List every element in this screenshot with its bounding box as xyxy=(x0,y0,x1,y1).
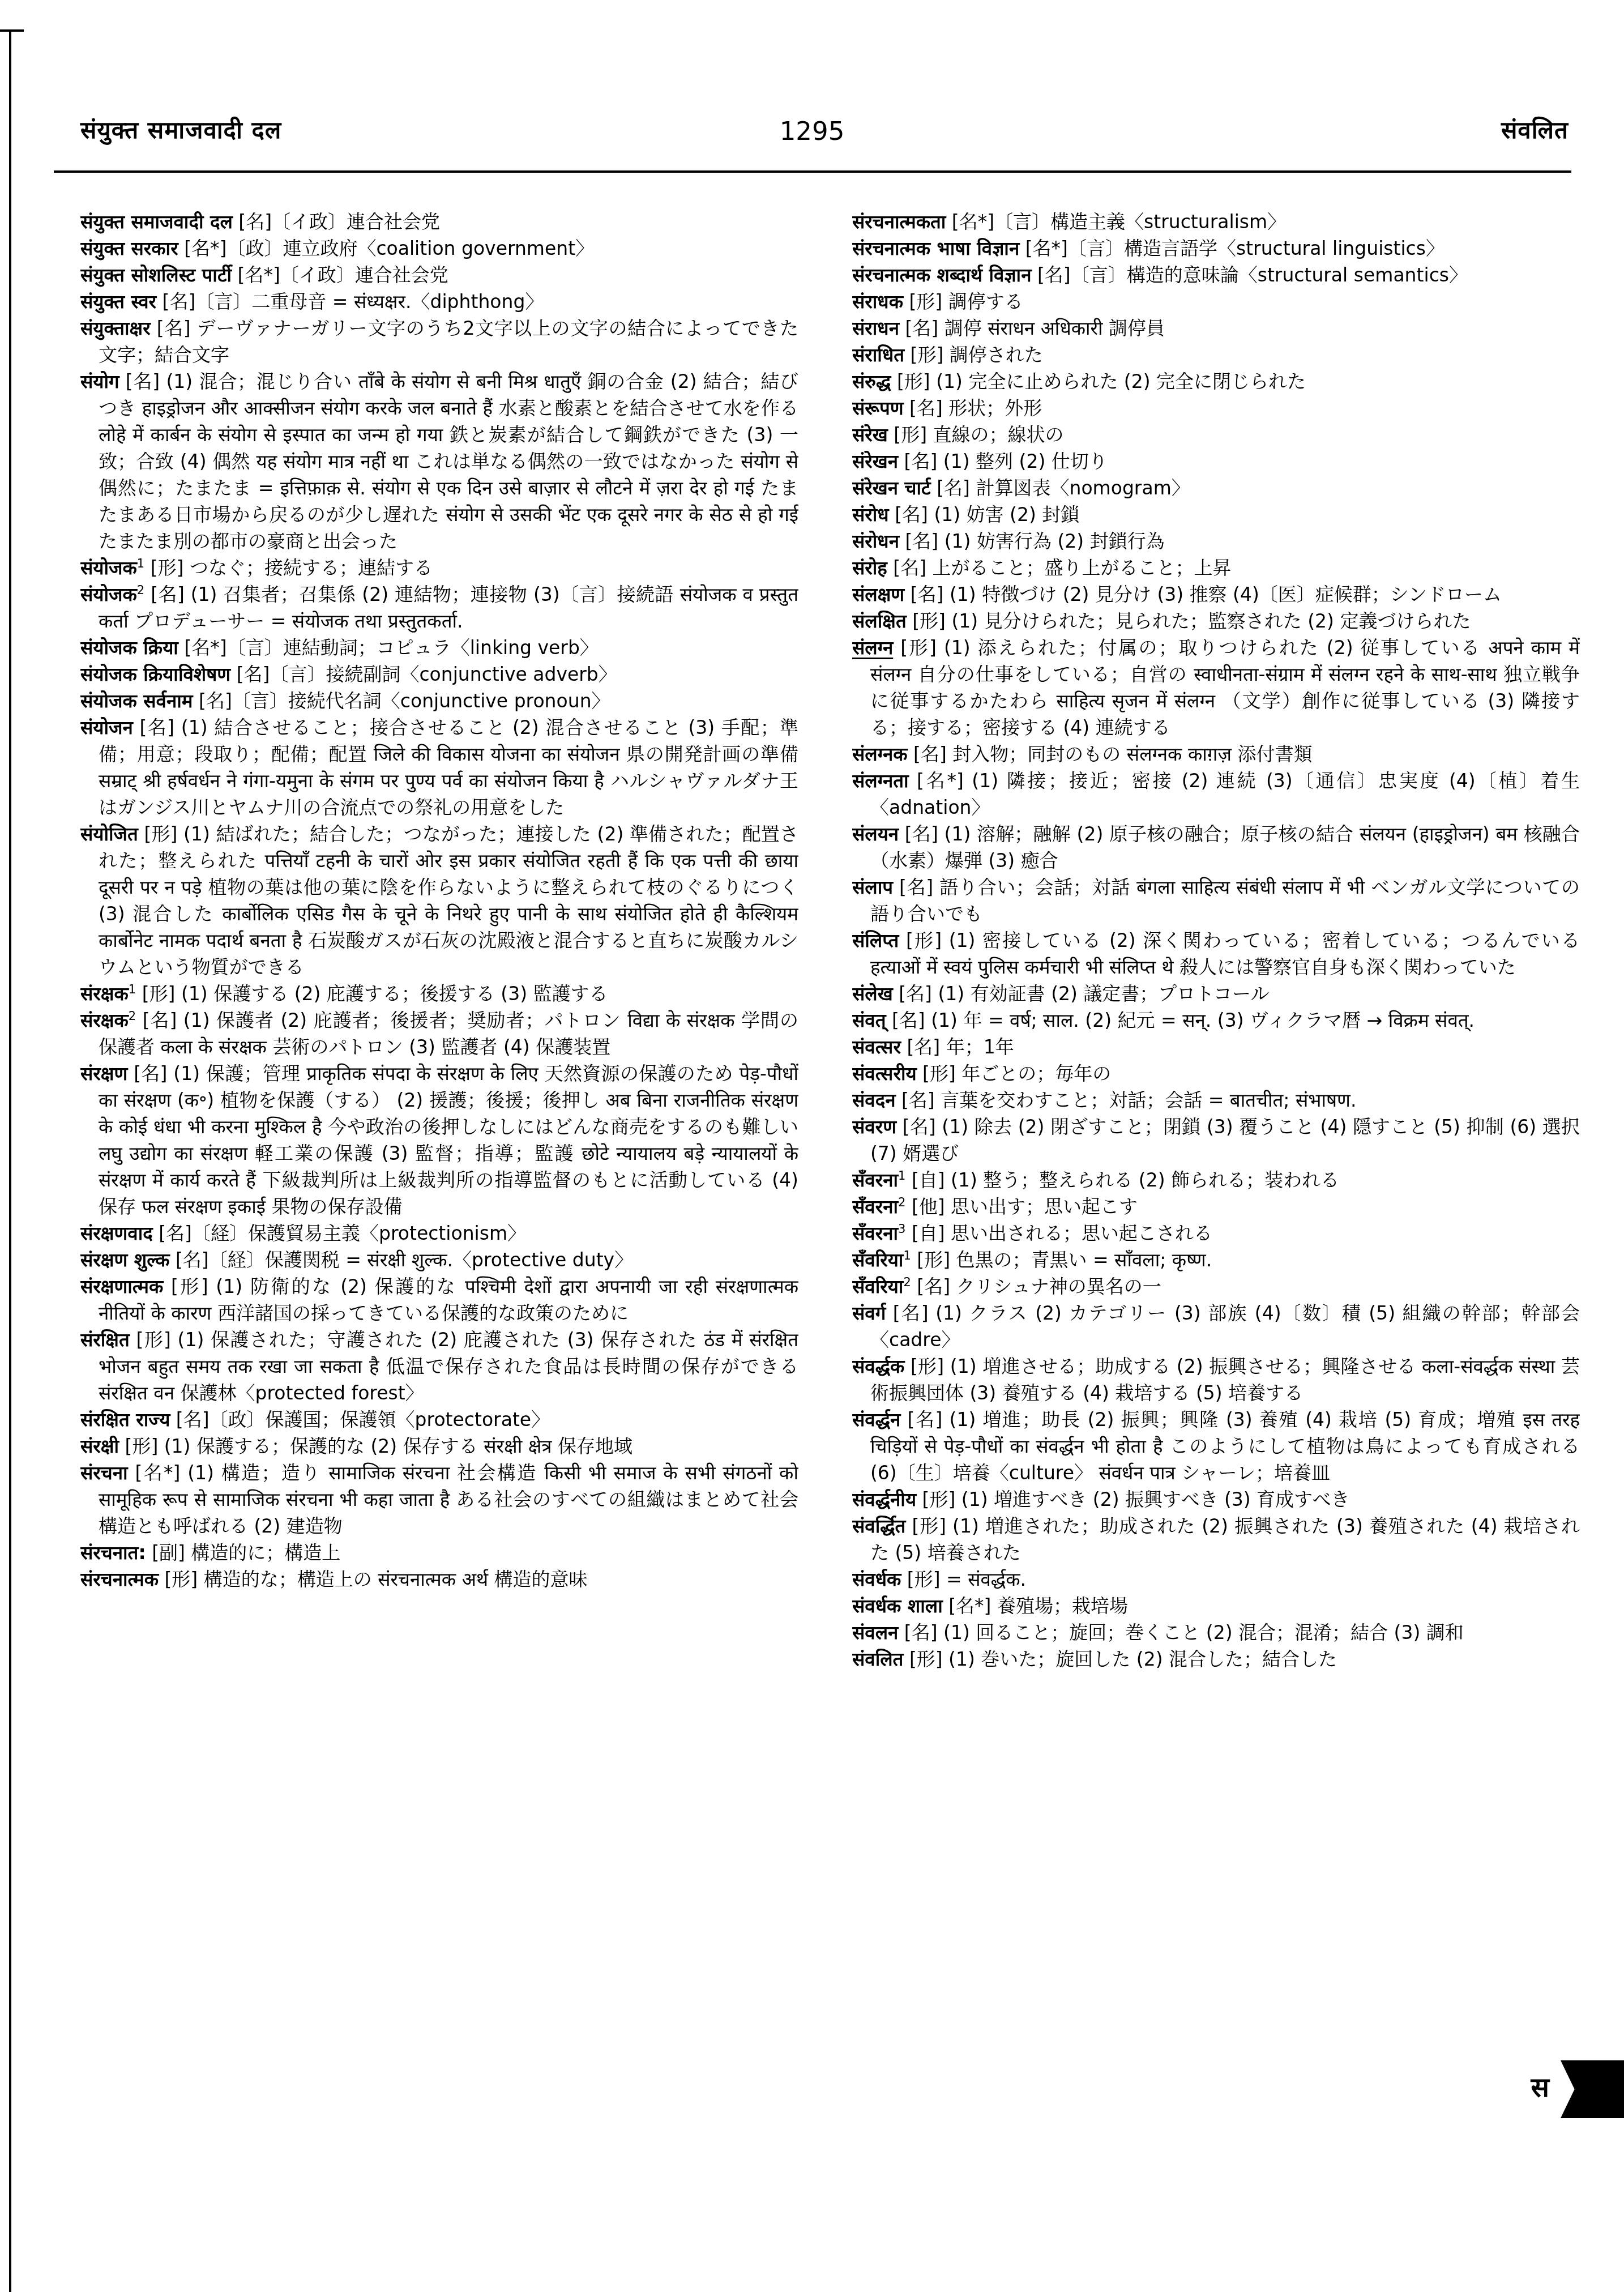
entry-body: [名] (1) 年 = वर्ष; साल. (2) 紀元 = सन्. (3)… xyxy=(886,1009,1475,1031)
dictionary-entry: संरेखन चार्ट [名] 計算図表〈nomogram〉 xyxy=(852,475,1580,501)
dictionary-entry: संवर्द्धित [形] (1) 増進された；助成された (2) 振興された… xyxy=(852,1513,1580,1566)
headword: संवदन xyxy=(852,1089,896,1111)
entry-body: [名]〔言〕接続代名詞〈conjunctive pronoun〉 xyxy=(193,690,610,712)
headword: संरूपण xyxy=(852,397,904,419)
entry-body: [形] (1) 増進すべき (2) 振興すべき (3) 育成すべき xyxy=(916,1488,1349,1510)
entry-body: [形] (1) 保護する (2) 庇護する；後援する (3) 監護する xyxy=(136,983,608,1005)
guideword-right: संवलित xyxy=(1501,113,1569,146)
dictionary-entry: संयोजन [名] (1) 結合させること；接合させること (2) 混合させる… xyxy=(80,714,798,821)
dictionary-entry: संरोह [名] 上がること；盛り上がること；上昇 xyxy=(852,554,1580,581)
entry-body: [形] (1) 巻いた；旋回した (2) 混合した；結合した xyxy=(903,1648,1337,1670)
headword: संराधक xyxy=(852,291,903,313)
entry-body: [名]〔言〕構造的意味論〈structural semantics〉 xyxy=(1031,264,1468,286)
entry-body: [形] (1) 見分けられた；見られた；監察された (2) 定義づけられた xyxy=(907,610,1471,632)
dictionary-entry: संयुक्त सोशलिस्ट पार्टी [名*]〔イ政〕連合社会党 xyxy=(80,262,798,288)
dictionary-entry: संरुद्ध [形] (1) 完全に止められた (2) 完全に閉じられた xyxy=(852,368,1580,395)
entry-body: [名*] 養殖場；栽培場 xyxy=(943,1595,1128,1617)
dictionary-entry: संरक्षणात्मक [形] (1) 防衛的な (2) 保護的な पश्चि… xyxy=(80,1273,798,1326)
dictionary-entry: संवर्द्धक [形] (1) 増進させる；助成する (2) 振興させる；興… xyxy=(852,1353,1580,1406)
dictionary-entry: संरचना [名*] (1) 構造；造り सामाजिक संरचना 社会構… xyxy=(80,1459,798,1539)
dictionary-entry: सँवरना1 [自] (1) 整う；整えられる (2) 飾られる；装われる xyxy=(852,1167,1580,1193)
dictionary-entry: संवरण [名] (1) 除去 (2) 閉ざすこと；閉鎖 (3) 覆うこと (… xyxy=(852,1113,1580,1167)
headword: संवर्ग xyxy=(852,1302,886,1324)
headword: संरक्षित राज्य xyxy=(80,1409,170,1431)
left-column: संयुक्त समाजवादी दल [名]〔イ政〕連合社会党संयुक्त … xyxy=(80,208,798,2216)
headword: संरचनात्मक xyxy=(80,1568,159,1590)
entry-body: [名] 計算図表〈nomogram〉 xyxy=(931,477,1190,499)
dictionary-entry: संरक्षक1 [形] (1) 保護する (2) 庇護する；後援する (3) … xyxy=(80,980,798,1007)
dictionary-entry: संलग्न [形] (1) 添えられた；付属の；取りつけられた (2) 従事し… xyxy=(852,634,1580,741)
headword: संरेख xyxy=(852,424,888,446)
dictionary-entry: सँवरना2 [他] 思い出す；思い起こす xyxy=(852,1193,1580,1220)
entry-body: [名] (1) クラス (2) カテゴリー (3) 部族 (4)〔数〕積 (5)… xyxy=(870,1302,1580,1351)
headword: संरक्षणात्मक xyxy=(80,1275,163,1297)
entry-body: [名] クリシュナ神の異名の一 xyxy=(911,1275,1161,1297)
entry-body: [名] (1) 保護者 (2) 庇護者；後援者；奨励者；パトロン विद्या … xyxy=(99,1009,798,1058)
dictionary-entry: संवर्ग [名] (1) クラス (2) カテゴリー (3) 部族 (4)〔… xyxy=(852,1300,1580,1353)
headword: संलक्षित xyxy=(852,610,907,632)
entry-body: [名*]〔政〕連立政府〈coalition government〉 xyxy=(178,237,595,259)
page-number: 1295 xyxy=(0,116,1624,146)
headword: संलग्नक xyxy=(852,743,908,765)
entry-body: [形] (1) 保護する；保護的な (2) 保存する संरक्षी क्षेत… xyxy=(119,1435,632,1457)
headword: संयोजन xyxy=(80,716,133,739)
entry-body: [形] (1) 増進された；助成された (2) 振興された (3) 養殖された … xyxy=(870,1515,1580,1564)
entry-body: [形] 年ごとの；毎年の xyxy=(917,1062,1112,1085)
headword: संरक्षक xyxy=(80,983,129,1005)
headword: संयुक्त सोशलिस्ट पार्टी xyxy=(80,264,232,286)
headword: संरक्षणवाद xyxy=(80,1222,153,1244)
entry-body: [名] (1) 溶解；融解 (2) 原子核の融合；原子核の結合 संलयन (ह… xyxy=(870,823,1580,872)
headword: संयोजक xyxy=(80,557,137,579)
headword: संयुक्त सरकार xyxy=(80,237,178,259)
headword: सँवरिया xyxy=(852,1275,903,1297)
headword: संलेख xyxy=(852,983,893,1005)
dictionary-entry: संवलन [名] (1) 回ること；旋回；巻くこと (2) 混合；混淆；結合 … xyxy=(852,1619,1580,1646)
homonym-number: 2 xyxy=(129,1009,136,1023)
headword: संरुद्ध xyxy=(852,370,891,392)
homonym-number: 3 xyxy=(898,1222,905,1236)
entry-body: [名] (1) 整列 (2) 仕切り xyxy=(898,450,1108,472)
headword: संरक्षक xyxy=(80,1009,129,1031)
dictionary-entry: संरचनात: [副] 構造的に；構造上 xyxy=(80,1539,798,1566)
entry-body: [形] 構造的な；構造上の संरचनात्मक अर्थ 構造的意味 xyxy=(159,1568,587,1590)
homonym-number: 2 xyxy=(903,1275,911,1289)
entry-body: [形] (1) 密接している (2) 深く関わっている；密着している；つるんでい… xyxy=(870,929,1580,978)
headword: संयुक्त समाजवादी दल xyxy=(80,211,233,233)
headword: संवर्द्धनीय xyxy=(852,1488,916,1510)
headword: संरक्षित xyxy=(80,1329,130,1351)
headword: संलक्षण xyxy=(852,583,904,605)
scan-edge-line xyxy=(9,29,11,2292)
entry-body: [形] 色黒の；青黒い = साँवला; कृष्ण. xyxy=(911,1249,1212,1271)
dictionary-entry: संरक्षी [形] (1) 保護する；保護的な (2) 保存する संरक्… xyxy=(80,1433,798,1459)
entry-body: [形] (1) 完全に止められた (2) 完全に閉じられた xyxy=(891,370,1306,392)
entry-body: [形] 調停する xyxy=(903,291,1023,313)
dictionary-entry: संवर्द्धनीय [形] (1) 増進すべき (2) 振興すべき (3) … xyxy=(852,1486,1580,1513)
entry-body: [形] つなぐ；接続する；連結する xyxy=(144,557,433,579)
dictionary-entry: संरचनात्मक शब्दार्थ विज्ञान [名]〔言〕構造的意味論… xyxy=(852,262,1580,288)
entry-body: [名*]〔言〕構造言語学〈structural linguistics〉 xyxy=(1019,237,1444,259)
entry-body: [名] 形状；外形 xyxy=(904,397,1042,419)
homonym-number: 2 xyxy=(137,583,144,597)
headword: संरचनात: xyxy=(80,1542,146,1564)
entry-body: [名] (1) 特徴づけ (2) 見分け (3) 推察 (4)〔医〕症候群；シン… xyxy=(904,583,1502,605)
entry-body: [形] 調停された xyxy=(904,344,1043,366)
dictionary-entry: संवलित [形] (1) 巻いた；旋回した (2) 混合した；結合した xyxy=(852,1646,1580,1672)
entry-body: [名] (1) 混合；混じり合い ताँबे के संयोग से बनी म… xyxy=(99,370,798,552)
headword: संवर्द्धन xyxy=(852,1409,900,1431)
entry-body: [名] (1) 召集者；召集係 (2) 連結物；連接物 (3)〔言〕接続語 सं… xyxy=(99,583,798,632)
header-rule xyxy=(54,170,1571,173)
entry-body: [名] (1) 回ること；旋回；巻くこと (2) 混合；混淆；結合 (3) 調和 xyxy=(898,1621,1463,1644)
headword: संरचनात्मक शब्दार्थ विज्ञान xyxy=(852,264,1031,286)
entry-body: [副] 構造的に；構造上 xyxy=(146,1542,341,1564)
headword: संलयन xyxy=(852,823,899,845)
dictionary-entry: संलाप [名] 語り合い；会話；対話 बंगला साहित्य संबंध… xyxy=(852,874,1580,927)
entry-body: [名] (1) 妨害行為 (2) 封鎖行為 xyxy=(899,530,1165,552)
dictionary-entry: संवदन [名] 言葉を交わすこと；対話；会話 = बातचीत; संभाष… xyxy=(852,1087,1580,1113)
headword: संयोग xyxy=(80,370,119,392)
dictionary-entry: संवत् [名] (1) 年 = वर्ष; साल. (2) 紀元 = सन… xyxy=(852,1007,1580,1034)
entry-body: [形] (1) 添えられた；付属の；取りつけられた (2) 従事している अपन… xyxy=(870,637,1580,739)
homonym-number: 1 xyxy=(898,1169,905,1183)
entry-body: [形] (1) 防衛的な (2) 保護的な पश्चिमी देशों द्वा… xyxy=(99,1275,798,1324)
headword: संवलित xyxy=(852,1648,903,1670)
headword: संयोजक क्रियाविशेषण xyxy=(80,663,230,685)
dictionary-entry: संयोजक क्रियाविशेषण [名]〔言〕接続副詞〈conjuncti… xyxy=(80,661,798,688)
dictionary-entry: संलग्नक [名] 封入物；同封のもの संलग्नक काग़ज़ 添付書… xyxy=(852,741,1580,767)
dictionary-entry: सँवरिया1 [形] 色黒の；青黒い = साँवला; कृष्ण. xyxy=(852,1247,1580,1273)
dictionary-entry: संलेख [名] (1) 有効証書 (2) 議定書；プロトコール xyxy=(852,980,1580,1007)
headword: संयुक्त स्वर xyxy=(80,291,156,313)
entry-body: [形] (1) 増進させる；助成する (2) 振興させる；興隆させる कला-स… xyxy=(870,1355,1580,1404)
entry-body: [名]〔言〕接続副詞〈conjunctive adverb〉 xyxy=(230,663,617,685)
dictionary-entry: संयोजक1 [形] つなぐ；接続する；連結する xyxy=(80,554,798,581)
dictionary-entry: संरोधन [名] (1) 妨害行為 (2) 封鎖行為 xyxy=(852,528,1580,554)
dictionary-page: संयुक्त समाजवादी दल 1295 संवलित संयुक्त … xyxy=(0,0,1624,2292)
headword: संवर्धक शाला xyxy=(852,1595,943,1617)
headword: संलग्न xyxy=(852,637,893,659)
entry-body: [名*]〔言〕連結動詞；コピュラ〈linking verb〉 xyxy=(178,637,599,659)
entry-body: [名] 調停 संराधन अधिकारी 調停員 xyxy=(899,317,1165,339)
dictionary-entry: संरक्षण [名] (1) 保護；管理 प्राकृतिक संपदा के… xyxy=(80,1060,798,1220)
entry-body: [名] 年；1年 xyxy=(901,1036,1014,1058)
entry-body: [名*] (1) 構造；造り सामाजिक संरचना 社会構造 किसी … xyxy=(99,1462,798,1537)
dictionary-entry: संयुक्त सरकार [名*]〔政〕連立政府〈coalition gove… xyxy=(80,235,798,262)
headword: संयोजक क्रिया xyxy=(80,637,178,659)
headword: संवर्द्धक xyxy=(852,1355,904,1377)
entry-body: [名] (1) 増進；助長 (2) 振興；興隆 (3) 養殖 (4) 栽培 (5… xyxy=(870,1409,1580,1484)
entry-body: [名]〔イ政〕連合社会党 xyxy=(233,211,440,233)
headword: संयुक्ताक्षर xyxy=(80,317,151,339)
entry-body: [形] (1) 保護された；守護された (2) 庇護された (3) 保存された … xyxy=(99,1329,798,1404)
dictionary-entry: संरक्षित राज्य [名]〔政〕保護国；保護領〈protectorat… xyxy=(80,1406,798,1433)
dictionary-entry: संरचनात्मक [形] 構造的な；構造上の संरचनात्मक अर्थ… xyxy=(80,1566,798,1593)
entry-body: [名] (1) 除去 (2) 閉ざすこと；閉鎖 (3) 覆うこと (4) 隠すこ… xyxy=(870,1116,1580,1164)
dictionary-entry: संयोग [名] (1) 混合；混じり合い ताँबे के संयोग से… xyxy=(80,368,798,554)
entry-body: [名]〔政〕保護国；保護領〈protectorate〉 xyxy=(170,1409,550,1431)
dictionary-entry: संरक्षणवाद [名]〔経〕保護貿易主義〈protectionism〉 xyxy=(80,1220,798,1247)
dictionary-entry: संवर्धक शाला [名*] 養殖場；栽培場 xyxy=(852,1593,1580,1619)
headword: सँवरना xyxy=(852,1169,898,1191)
homonym-number: 2 xyxy=(898,1196,905,1209)
headword: संरचना xyxy=(80,1462,128,1484)
headword: संलग्नता xyxy=(852,770,909,792)
dictionary-entry: संराधित [形] 調停された xyxy=(852,342,1580,368)
entry-body: [名] 上がること；盛り上がること；上昇 xyxy=(887,557,1232,579)
dictionary-entry: संयोजित [形] (1) 結ばれた；結合した；つながった；連接した (2)… xyxy=(80,821,798,980)
dictionary-entry: संरक्षक2 [名] (1) 保護者 (2) 庇護者；後援者；奨励者；パトロ… xyxy=(80,1007,798,1060)
entry-body: [名] (1) 妨害 (2) 封鎖 xyxy=(889,503,1080,526)
headword: संयोजक सर्वनाम xyxy=(80,690,193,712)
dictionary-entry: सँवरना3 [自] 思い出される；思い起こされる xyxy=(852,1220,1580,1247)
headword: संराधित xyxy=(852,344,904,366)
dictionary-entry: संरोध [名] (1) 妨害 (2) 封鎖 xyxy=(852,501,1580,528)
dictionary-entry: संयुक्त समाजवादी दल [名]〔イ政〕連合社会党 xyxy=(80,208,798,235)
entry-body: [名]〔経〕保護関税 = संरक्षी शुल्क.〈protective d… xyxy=(169,1249,633,1271)
entry-body: [名] (1) 有効証書 (2) 議定書；プロトコール xyxy=(893,983,1270,1005)
entry-body: [名] (1) 保護；管理 प्राकृतिक संपदा के संरक्षण… xyxy=(99,1062,798,1218)
dictionary-entry: संरचनात्मक भाषा विज्ञान [名*]〔言〕構造言語学〈str… xyxy=(852,235,1580,262)
headword: संलिप्त xyxy=(852,929,899,951)
headword: संवर्धक xyxy=(852,1568,901,1590)
headword: संरक्षण xyxy=(80,1062,127,1085)
entry-body: [名] (1) 結合させること；接合させること (2) 混合させること (3) … xyxy=(99,716,798,818)
headword: सँवरना xyxy=(852,1222,898,1244)
dictionary-entry: संरूपण [名] 形状；外形 xyxy=(852,395,1580,421)
headword: संवरण xyxy=(852,1116,896,1138)
entry-body: [名]〔経〕保護貿易主義〈protectionism〉 xyxy=(153,1222,526,1244)
headword: संरचनात्मकता xyxy=(852,211,946,233)
dictionary-entry: संराधन [名] 調停 संराधन अधिकारी 調停員 xyxy=(852,315,1580,342)
entry-body: [形] 直線の；線状の xyxy=(888,424,1064,446)
headword: संयोजक xyxy=(80,583,137,605)
dictionary-entry: संवर्द्धन [名] (1) 増進；助長 (2) 振興；興隆 (3) 養殖… xyxy=(852,1406,1580,1486)
entry-body: [形] = संवर्द्धक. xyxy=(901,1568,1026,1590)
entry-body: [名] 語り合い；会話；対話 बंगला साहित्य संबंधी संला… xyxy=(870,876,1580,925)
dictionary-entry: संरक्षण शुल्क [名]〔経〕保護関税 = संरक्षी शुल्क… xyxy=(80,1247,798,1273)
dictionary-entry: संलयन [名] (1) 溶解；融解 (2) 原子核の融合；原子核の結合 सं… xyxy=(852,821,1580,874)
headword: संराधन xyxy=(852,317,899,339)
dictionary-entry: सँवरिया2 [名] クリシュナ神の異名の一 xyxy=(852,1273,1580,1300)
dictionary-entry: संवर्धक [形] = संवर्द्धक. xyxy=(852,1566,1580,1593)
headword: सँवरना xyxy=(852,1196,898,1218)
dictionary-entry: संयोजक क्रिया [名*]〔言〕連結動詞；コピュラ〈linking v… xyxy=(80,634,798,661)
entry-body: [名]〔言〕二重母音 = संध्यक्षर.〈diphthong〉 xyxy=(156,291,544,313)
headword: संरचनात्मक भाषा विज्ञान xyxy=(852,237,1019,259)
headword: संरोह xyxy=(852,557,887,579)
dictionary-entry: संलक्षित [形] (1) 見分けられた；見られた；監察された (2) 定… xyxy=(852,608,1580,634)
dictionary-entry: संराधक [形] 調停する xyxy=(852,288,1580,315)
headword: संरेखन xyxy=(852,450,898,472)
homonym-number: 1 xyxy=(137,557,144,570)
headword: संरक्षण शुल्क xyxy=(80,1249,169,1271)
entry-body: [名] デーヴァナーガリー文字のうち2文字以上の文字の結合によってできた文字；結… xyxy=(99,317,798,366)
right-column: संरचनात्मकता [名*]〔言〕構造主義〈structuralism〉स… xyxy=(852,208,1580,2242)
scan-corner-mark xyxy=(0,29,24,32)
dictionary-entry: संरेख [形] 直線の；線状の xyxy=(852,421,1580,448)
dictionary-entry: संयोजक2 [名] (1) 召集者；召集係 (2) 連結物；連接物 (3)〔… xyxy=(80,581,798,634)
headword: संरोधन xyxy=(852,530,899,552)
headword: संरक्षी xyxy=(80,1435,119,1457)
entry-body: [名] 封入物；同封のもの संलग्नक काग़ज़ 添付書類 xyxy=(908,743,1313,765)
dictionary-entry: संलक्षण [名] (1) 特徴づけ (2) 見分け (3) 推察 (4)〔… xyxy=(852,581,1580,608)
headword: सँवरिया xyxy=(852,1249,903,1271)
dictionary-entry: संयोजक सर्वनाम [名]〔言〕接続代名詞〈conjunctive p… xyxy=(80,688,798,714)
dictionary-entry: संरचनात्मकता [名*]〔言〕構造主義〈structuralism〉 xyxy=(852,208,1580,235)
headword: संरेखन चार्ट xyxy=(852,477,931,499)
homonym-number: 1 xyxy=(129,983,136,996)
entry-body: [自] (1) 整う；整えられる (2) 飾られる；装われる xyxy=(905,1169,1339,1191)
homonym-number: 1 xyxy=(903,1249,911,1262)
headword: संवत्सरीय xyxy=(852,1062,917,1085)
entry-body: [自] 思い出される；思い起こされる xyxy=(905,1222,1212,1244)
dictionary-entry: संयुक्ताक्षर [名] デーヴァナーガリー文字のうち2文字以上の文字の… xyxy=(80,315,798,368)
entry-body: [名*]〔言〕構造主義〈structuralism〉 xyxy=(946,211,1286,233)
headword: संवलन xyxy=(852,1621,898,1644)
headword: संवर्द्धित xyxy=(852,1515,905,1537)
headword: संवत् xyxy=(852,1009,886,1031)
headword: संवत्सर xyxy=(852,1036,901,1058)
dictionary-entry: संलिप्त [形] (1) 密接している (2) 深く関わっている；密着して… xyxy=(852,927,1580,980)
dictionary-entry: संवत्सर [名] 年；1年 xyxy=(852,1034,1580,1060)
dictionary-entry: संयुक्त स्वर [名]〔言〕二重母音 = संध्यक्षर.〈dip… xyxy=(80,288,798,315)
dictionary-entry: संलग्नता [名*] (1) 隣接；接近；密接 (2) 連続 (3)〔通信… xyxy=(852,767,1580,821)
dictionary-entry: संरक्षित [形] (1) 保護された；守護された (2) 庇護された (… xyxy=(80,1326,798,1406)
dictionary-entry: संवत्सरीय [形] 年ごとの；毎年の xyxy=(852,1060,1580,1087)
headword: संयोजित xyxy=(80,823,138,845)
entry-body: [名*]〔イ政〕連合社会党 xyxy=(232,264,448,286)
entry-body: [他] 思い出す；思い起こす xyxy=(905,1196,1138,1218)
headword: संलाप xyxy=(852,876,893,898)
headword: संरोध xyxy=(852,503,889,526)
entry-body: [名] 言葉を交わすこと；対話；会話 = बातचीत; संभाषण. xyxy=(896,1089,1357,1111)
entry-body: [形] (1) 結ばれた；結合した；つながった；連接した (2) 準備された；配… xyxy=(99,823,798,978)
thumb-index-letter: स xyxy=(1531,2068,1549,2105)
dictionary-entry: संरेखन [名] (1) 整列 (2) 仕切り xyxy=(852,448,1580,475)
entry-body: [名*] (1) 隣接；接近；密接 (2) 連続 (3)〔通信〕忠実度 (4)〔… xyxy=(870,770,1580,818)
